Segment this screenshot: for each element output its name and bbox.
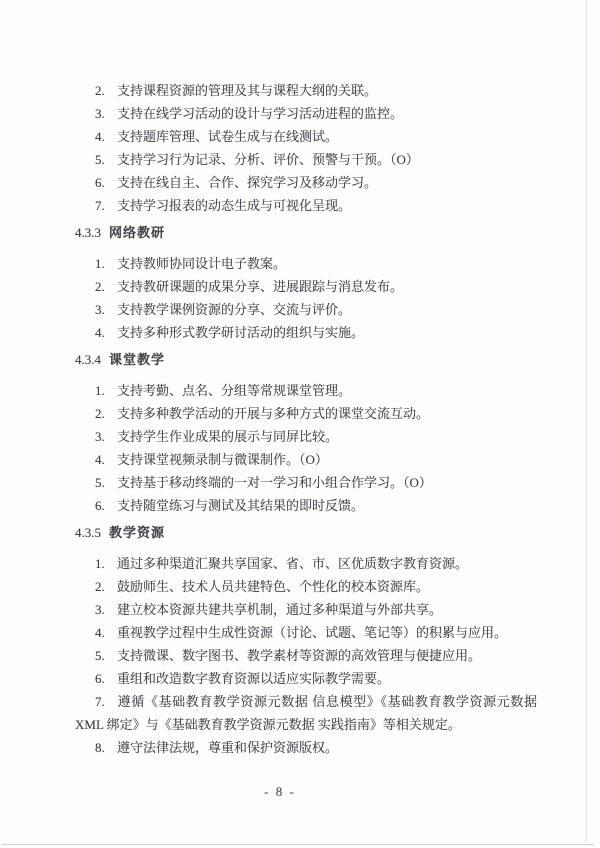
section-title: 教学资源 [109,525,165,540]
item-number: 3. [95,598,117,621]
item-text: 支持学习行为记录、分析、评价、预警与干预。（O） [117,152,419,167]
list-item: 5.支持基于移动终端的一对一学习和小组合作学习。（O） [75,471,537,494]
section-list: 1.支持考勤、点名、分组等常规课堂管理。 2.支持多种教学活动的开展与多种方式的… [75,379,537,517]
section-heading-network-research: 4.3.3网络教研 [75,221,537,244]
item-number: 4. [95,448,117,471]
list-item: 1.支持教师协同设计电子教案。 [75,252,537,275]
item-text: 支持在线自主、合作、探究学习及移动学习。 [117,175,377,190]
item-number: 2. [95,402,117,425]
list-item: 8.遵守法律法规，尊重和保护资源版权。 [75,736,537,759]
list-item: 6.支持在线自主、合作、探究学习及移动学习。 [75,171,537,194]
item-text: 支持多种形式教学研讨活动的组织与实施。 [117,325,364,340]
item-text: 支持题库管理、试卷生成与在线测试。 [117,129,338,144]
item-text: 遵守法律法规，尊重和保护资源版权。 [117,740,338,755]
scan-edge-bottom [2,844,594,845]
item-text: 支持微课、数字图书、教学素材等资源的高效管理与便捷应用。 [117,648,481,663]
item-number: 5. [95,644,117,667]
item-text: 支持课堂视频录制与微课制作。（O） [117,452,328,467]
section-number: 4.3.3 [75,225,101,240]
item-number: 4. [95,321,117,344]
item-number: 1. [95,252,117,275]
item-text: 重视教学过程中生成性资源（讨论、试题、笔记等）的积累与应用。 [117,625,507,640]
item-number: 2. [95,275,117,298]
item-number: 4. [95,125,117,148]
list-item: 1.支持考勤、点名、分组等常规课堂管理。 [75,379,537,402]
item-number: 3. [95,298,117,321]
list-item: 6.支持随堂练习与测试及其结果的即时反馈。 [75,494,537,517]
item-number: 4. [95,621,117,644]
section-list: 1.通过多种渠道汇聚共享国家、省、市、区优质数字教育资源。 2.鼓励师生、技术人… [75,552,537,759]
list-item: 3.支持教学课例资源的分享、交流与评价。 [75,298,537,321]
item-number: 6. [95,494,117,517]
item-text: 支持在线学习活动的设计与学习活动进程的监控。 [117,106,403,121]
list-item: 6.重组和改造数字教育资源以适应实际教学需要。 [75,667,537,690]
list-item: 7.支持学习报表的动态生成与可视化呈现。 [75,194,537,217]
section-number: 4.3.4 [75,352,101,367]
list-item: 2.支持多种教学活动的开展与多种方式的课堂交流互动。 [75,402,537,425]
list-item: 3.建立校本资源共建共享机制，通过多种渠道与外部共享。 [75,598,537,621]
list-item: 4.支持多种形式教学研讨活动的组织与实施。 [75,321,537,344]
list-item: 3.支持在线学习活动的设计与学习活动进程的监控。 [75,102,537,125]
section-heading-teaching-resources: 4.3.5教学资源 [75,521,537,544]
item-text: 支持考勤、点名、分组等常规课堂管理。 [117,383,351,398]
item-number: 5. [95,471,117,494]
list-item: 4.支持课堂视频录制与微课制作。（O） [75,448,537,471]
item-text: 支持教师协同设计电子教案。 [117,256,286,271]
item-text: 支持教学课例资源的分享、交流与评价。 [117,302,351,317]
section-title: 课堂教学 [109,352,165,367]
item-number: 2. [95,79,117,102]
item-text: 建立校本资源共建共享机制，通过多种渠道与外部共享。 [117,602,442,617]
item-text: 通过多种渠道汇聚共享国家、省、市、区优质数字教育资源。 [117,556,468,571]
list-item: 5.支持学习行为记录、分析、评价、预警与干预。（O） [75,148,537,171]
list-item: 2.鼓励师生、技术人员共建特色、个性化的校本资源库。 [75,575,537,598]
list-item: 2.支持课程资源的管理及其与课程大纲的关联。 [75,79,537,102]
item-number: 1. [95,379,117,402]
list-item: 1.通过多种渠道汇聚共享国家、省、市、区优质数字教育资源。 [75,552,537,575]
item-number: 8. [95,736,117,759]
item-text: 支持多种教学活动的开展与多种方式的课堂交流互动。 [117,406,429,421]
list-item: 7.遵循《基础教育教学资源元数据 信息模型》《基础教育教学资源元数据 XML 绑… [75,690,537,736]
section-heading-classroom-teaching: 4.3.4课堂教学 [75,348,537,371]
item-number: 1. [95,552,117,575]
section-number: 4.3.5 [75,525,101,540]
item-text: 支持基于移动终端的一对一学习和小组合作学习。（O） [117,475,432,490]
item-text: 支持课程资源的管理及其与课程大纲的关联。 [117,83,377,98]
document-content: 2.支持课程资源的管理及其与课程大纲的关联。 3.支持在线学习活动的设计与学习活… [75,0,537,759]
scan-edge-right [586,0,587,842]
continuation-list: 2.支持课程资源的管理及其与课程大纲的关联。 3.支持在线学习活动的设计与学习活… [75,79,537,217]
item-number: 6. [95,667,117,690]
item-text: 支持学习报表的动态生成与可视化呈现。 [117,198,351,213]
item-number: 2. [95,575,117,598]
item-text: 遵循《基础教育教学资源元数据 信息模型》《基础教育教学资源元数据 XML 绑定》… [75,694,537,732]
item-number: 3. [95,102,117,125]
list-item: 4.重视教学过程中生成性资源（讨论、试题、笔记等）的积累与应用。 [75,621,537,644]
item-text: 鼓励师生、技术人员共建特色、个性化的校本资源库。 [117,579,429,594]
item-number: 7. [95,194,117,217]
document-page: 2.支持课程资源的管理及其与课程大纲的关联。 3.支持在线学习活动的设计与学习活… [0,0,600,848]
list-item: 4.支持题库管理、试卷生成与在线测试。 [75,125,537,148]
item-text: 支持学生作业成果的展示与同屏比较。 [117,429,338,444]
item-text: 支持教研课题的成果分享、进展跟踪与消息发布。 [117,279,403,294]
page-number: - 8 - [0,780,560,803]
section-title: 网络教研 [109,225,165,240]
item-number: 7. [95,690,117,713]
item-text: 支持随堂练习与测试及其结果的即时反馈。 [117,498,364,513]
item-text: 重组和改造数字教育资源以适应实际教学需要。 [117,671,390,686]
list-item: 3.支持学生作业成果的展示与同屏比较。 [75,425,537,448]
list-item: 2.支持教研课题的成果分享、进展跟踪与消息发布。 [75,275,537,298]
item-number: 6. [95,171,117,194]
item-number: 5. [95,148,117,171]
list-item: 5.支持微课、数字图书、教学素材等资源的高效管理与便捷应用。 [75,644,537,667]
item-number: 3. [95,425,117,448]
section-list: 1.支持教师协同设计电子教案。 2.支持教研课题的成果分享、进展跟踪与消息发布。… [75,252,537,344]
